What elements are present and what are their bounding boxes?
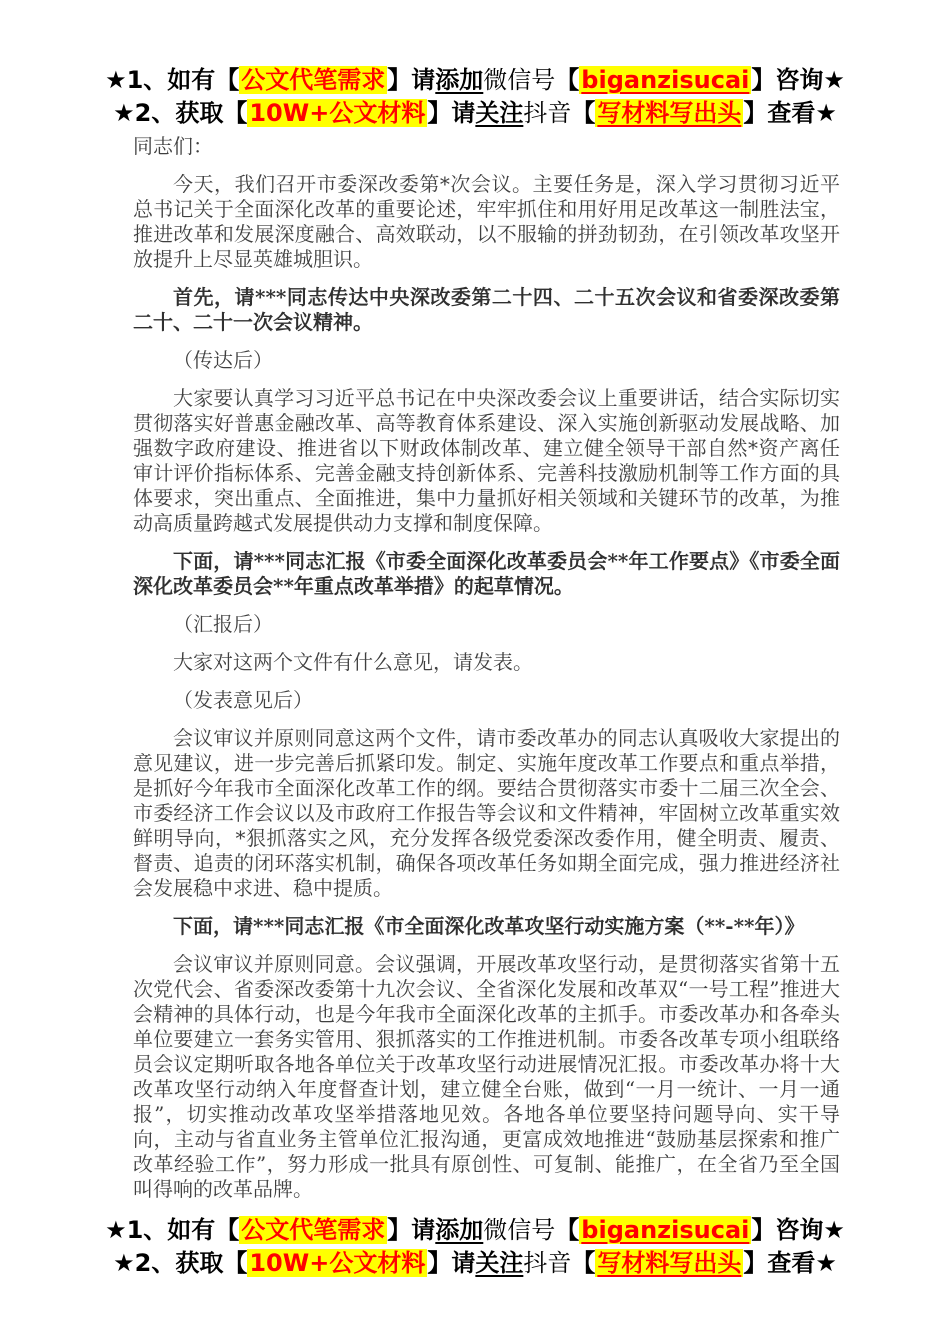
paragraph-body: 大家对这两个文件有什么意见，请发表。	[133, 650, 840, 675]
promo-footer: ★1、如有【公文代笔需求】请添加微信号【biganzisucai】咨询★ ★2、…	[0, 1214, 950, 1280]
promo-highlight: biganzisucai	[579, 66, 751, 94]
promo-text: 抖音	[523, 99, 571, 127]
promo-highlight: biganzisucai	[579, 1216, 751, 1244]
promo-text: 】请	[387, 66, 435, 94]
promo-highlight: 10W+公文材料	[247, 1249, 427, 1277]
promo-text: 关注	[475, 1249, 523, 1277]
paragraph-salutation: 同志们：	[133, 134, 840, 159]
paragraph-note: （发表意见后）	[133, 688, 840, 713]
document-page: ★1、如有【公文代笔需求】请添加微信号【biganzisucai】咨询★ ★2、…	[0, 0, 950, 1344]
paragraph-note: （传达后）	[133, 348, 840, 373]
promo-text: 【	[555, 1216, 579, 1244]
paragraph-bold: 下面，请***同志汇报《市全面深化改革攻坚行动实施方案（**-**年）》	[133, 914, 840, 939]
promo-text: 【	[555, 66, 579, 94]
promo-header: ★1、如有【公文代笔需求】请添加微信号【biganzisucai】咨询★ ★2、…	[0, 0, 950, 130]
promo-text: 【	[571, 99, 595, 127]
paragraph-note: （汇报后）	[133, 612, 840, 637]
promo-highlight: 公文代笔需求	[239, 66, 387, 94]
promo-text: ★2、获取【	[113, 1249, 247, 1277]
paragraph-body: 会议审议并原则同意。会议强调，开展改革攻坚行动，是贯彻落实省第十五次党代会、省委…	[133, 952, 840, 1202]
promo-text: 【	[571, 1249, 595, 1277]
promo-text: 关注	[475, 99, 523, 127]
promo-text: 】请	[427, 99, 475, 127]
document-body: 同志们：今天，我们召开市委深改委第*次会议。主要任务是，深入学习贯彻习近平总书记…	[133, 134, 840, 1202]
promo-highlight: 10W+公文材料	[247, 99, 427, 127]
promo-header-line-1: ★1、如有【公文代笔需求】请添加微信号【biganzisucai】咨询★	[0, 64, 950, 97]
promo-text: 添加	[435, 1216, 483, 1244]
promo-text: 添加	[435, 66, 483, 94]
paragraph-bold: 首先，请***同志传达中央深改委第二十四、二十五次会议和省委深改委第二十、二十一…	[133, 285, 840, 335]
promo-text: ★2、获取【	[113, 99, 247, 127]
promo-footer-line-1: ★1、如有【公文代笔需求】请添加微信号【biganzisucai】咨询★	[0, 1214, 950, 1247]
promo-highlight: 公文代笔需求	[239, 1216, 387, 1244]
promo-text: 】请	[387, 1216, 435, 1244]
promo-text: 】查看★	[743, 99, 837, 127]
promo-footer-line-2: ★2、获取【10W+公文材料】请关注抖音【写材料写出头】查看★	[0, 1247, 950, 1280]
promo-text: ★1、如有【	[105, 66, 239, 94]
promo-highlight: 写材料写出头	[595, 99, 743, 127]
promo-text: 】咨询★	[751, 66, 845, 94]
paragraph-bold: 下面，请***同志汇报《市委全面深化改革委员会**年工作要点》《市委全面深化改革…	[133, 549, 840, 599]
promo-header-line-2: ★2、获取【10W+公文材料】请关注抖音【写材料写出头】查看★	[0, 97, 950, 130]
promo-text: ★1、如有【	[105, 1216, 239, 1244]
paragraph-body: 今天，我们召开市委深改委第*次会议。主要任务是，深入学习贯彻习近平总书记关于全面…	[133, 172, 840, 272]
promo-highlight: 写材料写出头	[595, 1249, 743, 1277]
promo-text: 微信号	[483, 66, 555, 94]
promo-text: 抖音	[523, 1249, 571, 1277]
promo-text: 】查看★	[743, 1249, 837, 1277]
paragraph-body: 会议审议并原则同意这两个文件，请市委改革办的同志认真吸收大家提出的意见建议，进一…	[133, 726, 840, 901]
promo-text: 】咨询★	[751, 1216, 845, 1244]
paragraph-body: 大家要认真学习习近平总书记在中央深改委会议上重要讲话，结合实际切实贯彻落实好普惠…	[133, 386, 840, 536]
promo-text: 微信号	[483, 1216, 555, 1244]
promo-text: 】请	[427, 1249, 475, 1277]
